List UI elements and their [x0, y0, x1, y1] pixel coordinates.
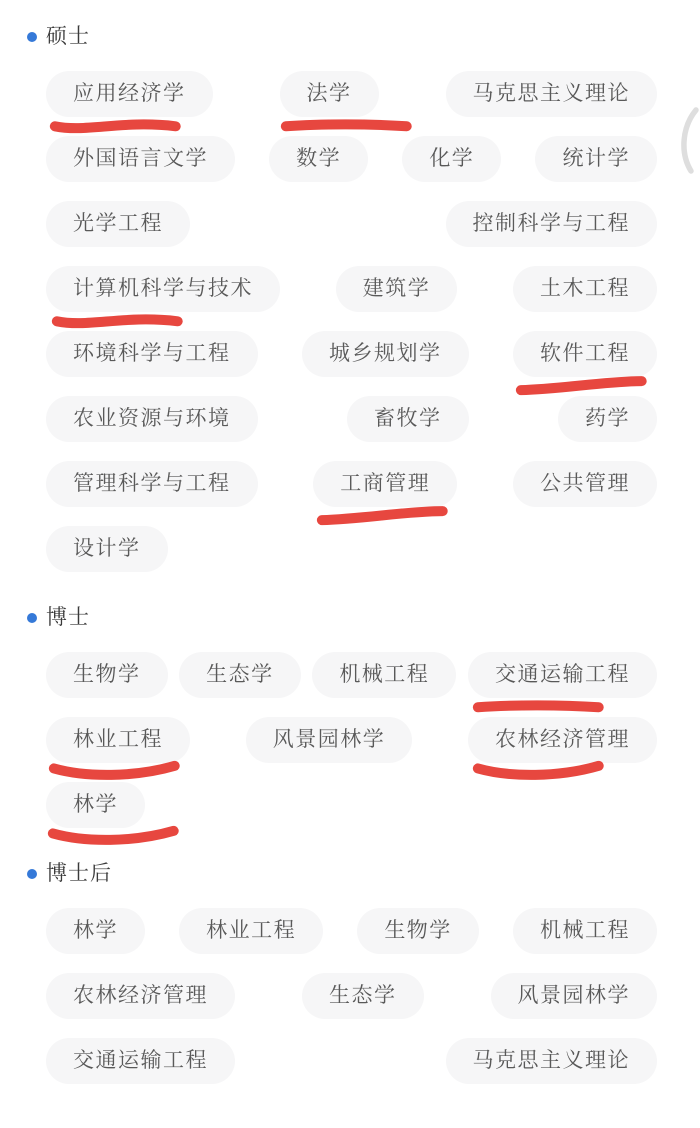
chip-row: 交通运输工程马克思主义理论: [46, 1038, 657, 1084]
red-marker-underline: [474, 697, 603, 715]
discipline-chip-label: 管理科学与工程: [73, 472, 231, 495]
discipline-chip[interactable]: 风景园林学: [491, 973, 658, 1019]
discipline-chip-label: 生物学: [384, 919, 452, 942]
discipline-chip-label: 应用经济学: [73, 82, 186, 105]
red-marker-underline: [53, 311, 182, 329]
discipline-chip-label: 林学: [73, 919, 118, 942]
discipline-chip-label: 机械工程: [540, 919, 630, 942]
chip-row: 应用经济学法学马克思主义理论: [46, 71, 657, 117]
discipline-chip[interactable]: 农林经济管理: [468, 717, 657, 763]
discipline-chip-label: 城乡规划学: [329, 342, 442, 365]
chip-row: 外国语言文学数学化学统计学: [46, 136, 657, 182]
discipline-chip-label: 设计学: [73, 537, 141, 560]
discipline-chip-label: 环境科学与工程: [73, 342, 231, 365]
discipline-chip[interactable]: 控制科学与工程: [446, 201, 658, 247]
discipline-chip[interactable]: 药学: [558, 396, 657, 442]
discipline-chip-label: 农业资源与环境: [73, 407, 231, 430]
discipline-chip-label: 光学工程: [73, 212, 163, 235]
discipline-chip-label: 控制科学与工程: [473, 212, 631, 235]
discipline-chip[interactable]: 公共管理: [513, 461, 657, 507]
discipline-chip-label: 马克思主义理论: [473, 1049, 631, 1072]
discipline-chip[interactable]: 环境科学与工程: [46, 331, 258, 377]
discipline-chip[interactable]: 工商管理: [313, 461, 457, 507]
discipline-chip-label: 统计学: [562, 147, 630, 170]
discipline-chip[interactable]: 外国语言文学: [46, 136, 235, 182]
red-marker-underline: [318, 506, 447, 524]
degree-tag-list: 硕士应用经济学法学马克思主义理论外国语言文学数学化学统计学光学工程控制科学与工程…: [0, 0, 700, 1103]
discipline-chip-label: 外国语言文学: [73, 147, 208, 170]
discipline-chip-label: 法学: [307, 82, 352, 105]
red-marker-underline: [49, 827, 178, 845]
discipline-chip[interactable]: 农林经济管理: [46, 973, 235, 1019]
discipline-chip-label: 林业工程: [206, 919, 296, 942]
chip-row: 农林经济管理生态学风景园林学: [46, 973, 657, 1019]
discipline-chip[interactable]: 生物学: [357, 908, 479, 954]
discipline-chip-label: 生态学: [206, 663, 274, 686]
discipline-chip[interactable]: 法学: [280, 71, 379, 117]
section-title: 硕士: [46, 26, 90, 48]
discipline-chip[interactable]: 马克思主义理论: [446, 71, 658, 117]
discipline-chip-label: 生态学: [329, 984, 397, 1007]
discipline-chip[interactable]: 林学: [46, 908, 145, 954]
discipline-chip-label: 数学: [296, 147, 341, 170]
red-marker-underline: [50, 762, 179, 780]
discipline-chip-label: 马克思主义理论: [473, 82, 631, 105]
discipline-chip[interactable]: 城乡规划学: [302, 331, 469, 377]
chip-row: 管理科学与工程工商管理公共管理: [46, 461, 657, 507]
chip-row: 林业工程风景园林学农林经济管理: [46, 717, 657, 763]
bullet-icon: [27, 32, 37, 42]
discipline-chip-label: 化学: [429, 147, 474, 170]
discipline-chip[interactable]: 光学工程: [46, 201, 190, 247]
discipline-chip-label: 软件工程: [540, 342, 630, 365]
discipline-chip[interactable]: 生物学: [46, 652, 168, 698]
discipline-chip-label: 农林经济管理: [73, 984, 208, 1007]
section-title: 博士: [46, 607, 90, 629]
chip-row: 农业资源与环境畜牧学药学: [46, 396, 657, 442]
discipline-chip[interactable]: 应用经济学: [46, 71, 213, 117]
section-title: 博士后: [46, 863, 112, 885]
degree-section: 博士后林学林业工程生物学机械工程农林经济管理生态学风景园林学交通运输工程马克思主…: [0, 847, 700, 1103]
discipline-chip[interactable]: 土木工程: [513, 266, 657, 312]
discipline-chip[interactable]: 数学: [269, 136, 368, 182]
discipline-chip[interactable]: 设计学: [46, 526, 168, 572]
red-marker-underline: [51, 116, 180, 134]
discipline-chip-label: 畜牧学: [374, 407, 442, 430]
discipline-chip[interactable]: 农业资源与环境: [46, 396, 258, 442]
chip-row: 光学工程控制科学与工程: [46, 201, 657, 247]
discipline-chip[interactable]: 林业工程: [46, 717, 190, 763]
chip-row: 环境科学与工程城乡规划学软件工程: [46, 331, 657, 377]
red-marker-underline: [282, 116, 411, 134]
degree-section: 硕士应用经济学法学马克思主义理论外国语言文学数学化学统计学光学工程控制科学与工程…: [0, 26, 700, 591]
chip-row: 林学林业工程生物学机械工程: [46, 908, 657, 954]
discipline-chip-label: 建筑学: [363, 277, 431, 300]
discipline-chip-label: 风景园林学: [518, 984, 631, 1007]
chip-row: 林学: [46, 782, 657, 828]
discipline-chip-label: 工商管理: [340, 472, 430, 495]
discipline-chip[interactable]: 马克思主义理论: [446, 1038, 658, 1084]
discipline-chip[interactable]: 机械工程: [312, 652, 456, 698]
discipline-chip-label: 风景园林学: [273, 728, 386, 751]
discipline-chip-label: 农林经济管理: [495, 728, 630, 751]
discipline-chip[interactable]: 管理科学与工程: [46, 461, 258, 507]
discipline-chip[interactable]: 交通运输工程: [468, 652, 657, 698]
discipline-chip-label: 生物学: [73, 663, 141, 686]
section-header: 博士: [27, 607, 700, 629]
discipline-chip-label: 机械工程: [339, 663, 429, 686]
discipline-chip[interactable]: 化学: [402, 136, 501, 182]
discipline-chip-label: 交通运输工程: [495, 663, 630, 686]
section-header: 硕士: [27, 26, 700, 48]
discipline-chip[interactable]: 生态学: [302, 973, 424, 1019]
discipline-chip[interactable]: 交通运输工程: [46, 1038, 235, 1084]
discipline-chip[interactable]: 统计学: [535, 136, 657, 182]
bullet-icon: [27, 613, 37, 623]
section-header: 博士后: [27, 863, 700, 885]
discipline-chip[interactable]: 林业工程: [179, 908, 323, 954]
discipline-chip[interactable]: 计算机科学与技术: [46, 266, 280, 312]
discipline-chip-label: 林学: [73, 793, 118, 816]
discipline-chip[interactable]: 建筑学: [336, 266, 458, 312]
discipline-chip-label: 药学: [585, 407, 630, 430]
discipline-chip[interactable]: 畜牧学: [347, 396, 469, 442]
degree-section: 博士生物学生态学机械工程交通运输工程林业工程风景园林学农林经济管理林学: [0, 591, 700, 847]
discipline-chip[interactable]: 机械工程: [513, 908, 657, 954]
discipline-chip-label: 公共管理: [540, 472, 630, 495]
discipline-chip-label: 林业工程: [73, 728, 163, 751]
chip-row: 设计学: [46, 526, 657, 572]
discipline-chip-label: 土木工程: [540, 277, 630, 300]
discipline-chip[interactable]: 生态学: [179, 652, 301, 698]
discipline-chip[interactable]: 风景园林学: [246, 717, 413, 763]
chip-row: 生物学生态学机械工程交通运输工程: [46, 652, 657, 698]
chip-row: 计算机科学与技术建筑学土木工程: [46, 266, 657, 312]
discipline-chip-label: 计算机科学与技术: [73, 277, 253, 300]
discipline-chip[interactable]: 林学: [46, 782, 145, 828]
red-marker-underline: [474, 762, 603, 780]
discipline-chip[interactable]: 软件工程: [513, 331, 657, 377]
red-marker-underline: [517, 376, 646, 394]
discipline-chip-label: 交通运输工程: [73, 1049, 208, 1072]
bullet-icon: [27, 869, 37, 879]
